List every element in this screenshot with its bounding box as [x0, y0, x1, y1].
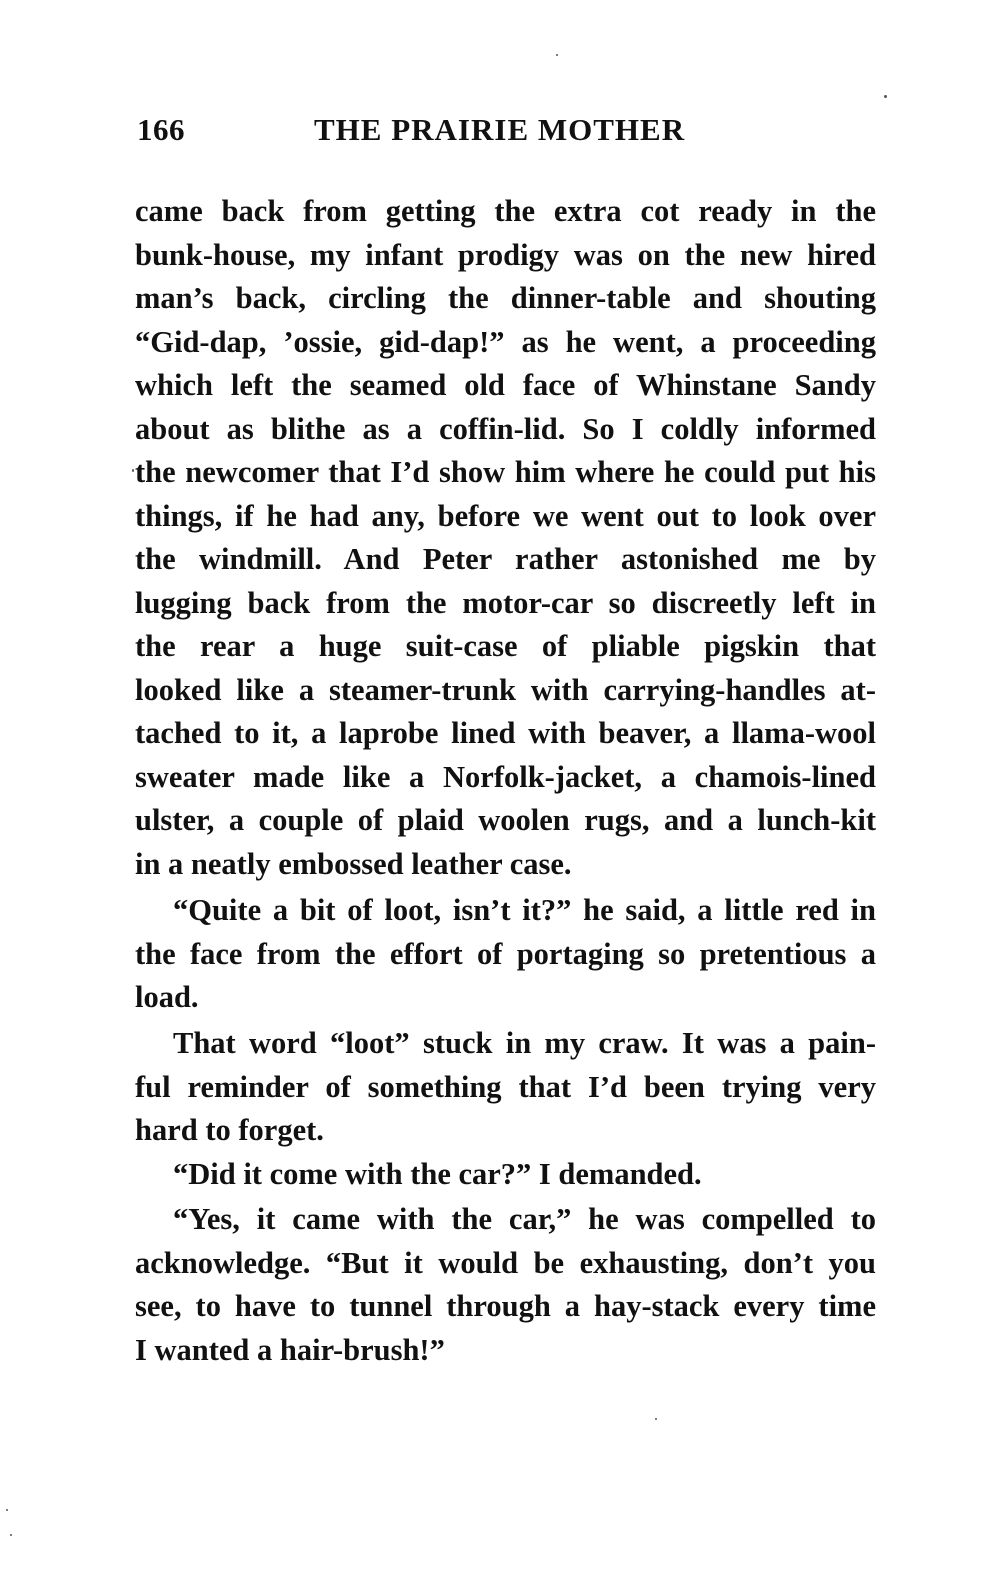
text-line: That word “loot” stuck in my craw. It wa… [173, 1022, 876, 1065]
scan-speck [6, 1509, 8, 1511]
scan-speck [556, 54, 558, 56]
text-line: acknowledge. “But it would be exhausting… [135, 1242, 876, 1285]
text-line: the rear a huge suit-case of pliable pig… [135, 625, 876, 668]
scan-speck [10, 1534, 12, 1536]
text-line: things, if he had any, before we went ou… [135, 495, 876, 538]
book-title: THE PRAIRIE MOTHER [314, 112, 685, 148]
text-line: the newcomer that I’d show him where he … [135, 451, 876, 494]
text-line: about as blithe as a coffin-lid. So I co… [135, 408, 876, 451]
text-line: in a neatly embossed leather case. [135, 843, 876, 886]
text-line: I wanted a hair-brush!” [135, 1329, 876, 1372]
text-line: bunk-house, my infant prodigy was on the… [135, 234, 876, 277]
text-line: ful reminder of something that I’d been … [135, 1066, 876, 1109]
text-line: came back from getting the extra cot rea… [135, 190, 876, 233]
text-line: man’s back, circling the dinner-table an… [135, 277, 876, 320]
text-line: the face from the effort of portaging so… [135, 933, 876, 976]
book-page: 166 THE PRAIRIE MOTHER came back from ge… [0, 0, 1000, 1574]
text-line: tached to it, a laprobe lined with beave… [135, 712, 876, 755]
text-line: load. [135, 976, 876, 1019]
text-line: hard to forget. [135, 1109, 876, 1152]
text-line: sweater made like a Norfolk-jacket, a ch… [135, 756, 876, 799]
text-line: “Did it come with the car?” I demanded. [173, 1153, 876, 1196]
scan-speck [884, 95, 887, 98]
scan-speck [655, 1418, 657, 1420]
text-line: lugging back from the motor-car so discr… [135, 582, 876, 625]
text-line: “Gid-dap, ’ossie, gid-dap!” as he went, … [135, 321, 876, 364]
text-line: looked like a steamer-trunk with carryin… [135, 669, 876, 712]
page-number: 166 [137, 112, 185, 148]
text-line: “Quite a bit of loot, isn’t it?” he said… [173, 889, 876, 932]
text-line: see, to have to tunnel through a hay-sta… [135, 1285, 876, 1328]
text-line: ulster, a couple of plaid woolen rugs, a… [135, 799, 876, 842]
text-line: “Yes, it came with the car,” he was comp… [173, 1198, 876, 1241]
scan-speck [132, 469, 134, 472]
text-line: the windmill. And Peter rather astonishe… [135, 538, 876, 581]
running-head: 166 THE PRAIRIE MOTHER [137, 112, 877, 152]
text-line: which left the seamed old face of Whinst… [135, 364, 876, 407]
